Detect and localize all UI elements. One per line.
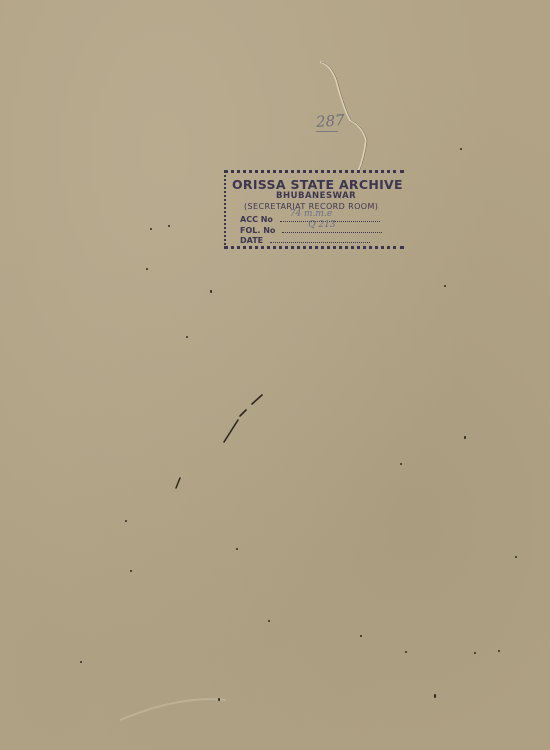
paper-speck <box>146 268 148 270</box>
paper-speck <box>186 336 188 338</box>
paper-speck <box>125 520 127 522</box>
acc-label: ACC No <box>240 215 273 224</box>
document-page: 287 ORISSA STATE ARCHIVE BHUBANESWAR (SE… <box>0 0 550 750</box>
paper-speck <box>130 570 132 572</box>
fol-value: Q 213 <box>308 220 335 230</box>
paper-speck <box>464 436 466 439</box>
paper-speck <box>400 463 402 465</box>
paper-speck <box>150 228 152 230</box>
paper-speck <box>474 652 476 654</box>
paper-speck <box>360 635 362 637</box>
archive-stamp: ORISSA STATE ARCHIVE BHUBANESWAR (SECRET… <box>224 170 404 249</box>
pencil-underline <box>316 131 338 132</box>
thread-strand <box>0 0 550 750</box>
paper-speck <box>210 290 212 293</box>
paper-speck <box>80 661 82 663</box>
paper-speck <box>515 556 517 558</box>
pencil-note: 287 <box>315 111 345 131</box>
paper-speck <box>405 651 407 653</box>
acc-value: 74 m.m.e <box>290 209 332 219</box>
stamp-city: BHUBANESWAR <box>276 191 356 201</box>
stamp-title: ORISSA STATE ARCHIVE <box>232 177 403 192</box>
paper-speck <box>218 698 220 701</box>
paper-speck <box>268 620 270 622</box>
paper-speck <box>460 148 462 150</box>
paper-speck <box>498 650 500 652</box>
paper-speck <box>236 548 238 550</box>
date-label: DATE <box>240 236 263 245</box>
paper-speck <box>168 225 170 227</box>
paper-speck <box>434 694 436 698</box>
paper-speck <box>444 285 446 287</box>
stamp-date-row: DATE <box>240 234 370 245</box>
